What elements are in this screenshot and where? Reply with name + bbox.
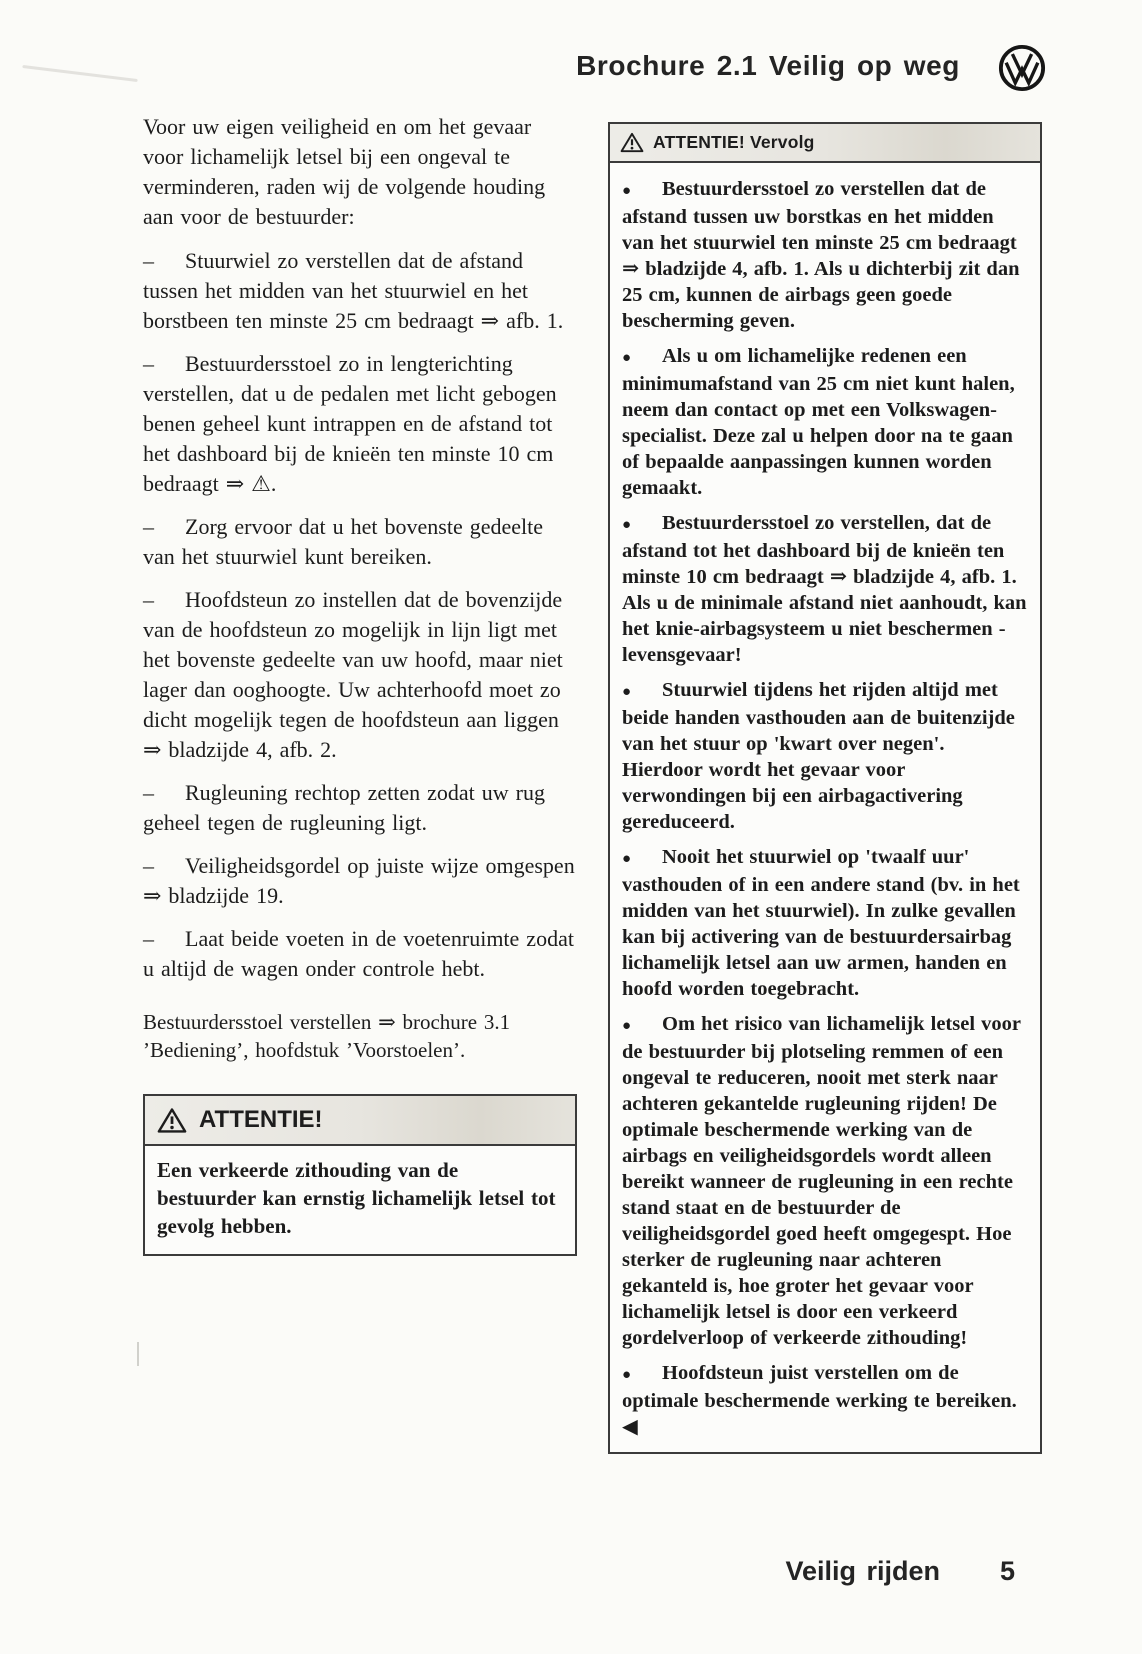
instruction-text: Hoofdsteun zo instellen dat de bovenzijd… bbox=[143, 587, 563, 762]
dash-marker: – bbox=[143, 924, 185, 954]
instruction-item: –Rugleuning rechtop zetten zodat uw rug … bbox=[143, 778, 577, 838]
page-title: Brochure 2.1 Veilig op weg bbox=[576, 50, 960, 82]
instruction-item: –Bestuurdersstoel zo in lengterichting v… bbox=[143, 349, 577, 499]
instruction-item: –Hoofdsteun zo instellen dat de bovenzij… bbox=[143, 585, 577, 765]
instruction-item: –Laat beide voeten in de voetenruimte zo… bbox=[143, 924, 577, 984]
bullet-marker: ● bbox=[622, 679, 662, 705]
instruction-text: Rugleuning rechtop zetten zodat uw rug g… bbox=[143, 780, 545, 835]
warning-bullet-text: Stuurwiel tijdens het rijden altijd met … bbox=[622, 679, 1015, 833]
warning-bullet-item: ●Om het risico van lichamelijk letsel vo… bbox=[622, 1011, 1028, 1351]
warning-triangle-icon bbox=[157, 1107, 187, 1134]
warning-bullet-list: ●Bestuurdersstoel zo verstellen dat de a… bbox=[610, 163, 1040, 1452]
bullet-marker: ● bbox=[622, 512, 662, 538]
warning-bullet-item: ●Bestuurdersstoel zo verstellen dat de a… bbox=[622, 176, 1028, 334]
instruction-text: Laat beide voeten in de voetenruimte zod… bbox=[143, 926, 574, 981]
instruction-text: Bestuurdersstoel zo in lengterichting ve… bbox=[143, 351, 557, 496]
bullet-marker: ● bbox=[622, 1013, 662, 1039]
warning-bullet-item: ●Nooit het stuurwiel op 'twaalf uur' vas… bbox=[622, 844, 1028, 1002]
left-column: Voor uw eigen veiligheid en om het gevaa… bbox=[143, 112, 577, 1256]
instruction-item: –Veiligheidsgordel op juiste wijze omges… bbox=[143, 851, 577, 911]
footer-section-title: Veilig rijden bbox=[785, 1556, 940, 1587]
dash-marker: – bbox=[143, 851, 185, 881]
instruction-item: –Zorg ervoor dat u het bovenste gedeelte… bbox=[143, 512, 577, 572]
warning-bullet-text: Als u om lichamelijke redenen een minimu… bbox=[622, 345, 1015, 499]
dash-marker: – bbox=[143, 778, 185, 808]
warning-box-header: ATTENTIE! bbox=[145, 1096, 575, 1146]
dash-marker: – bbox=[143, 246, 185, 276]
warning-bullet-item: ●Als u om lichamelijke redenen een minim… bbox=[622, 343, 1028, 501]
warning-box-body: Een verkeerde zithouding van de bestuurd… bbox=[145, 1146, 575, 1254]
manual-page: { "header": { "title": "Brochure 2.1 Vei… bbox=[0, 0, 1142, 1654]
warning-bullet-text: Bestuurdersstoel zo verstellen, dat de a… bbox=[622, 512, 1027, 666]
vw-logo-icon bbox=[998, 44, 1046, 92]
scan-artifact-smudge bbox=[22, 65, 138, 82]
instruction-text: Veiligheidsgordel op juiste wijze omgesp… bbox=[143, 853, 575, 908]
bullet-marker: ● bbox=[622, 1362, 662, 1388]
page-number: 5 bbox=[1000, 1556, 1015, 1587]
bullet-marker: ● bbox=[622, 846, 662, 872]
dash-marker: – bbox=[143, 349, 185, 379]
warning-triangle-icon bbox=[620, 132, 644, 153]
instruction-item: –Stuurwiel zo verstellen dat de afstand … bbox=[143, 246, 577, 336]
warning-box: ATTENTIE! Een verkeerde zithouding van d… bbox=[143, 1094, 577, 1256]
warning-box-continued-title: ATTENTIE! Vervolg bbox=[653, 132, 815, 153]
warning-bullet-item: ●Bestuurdersstoel zo verstellen, dat de … bbox=[622, 510, 1028, 668]
dash-marker: – bbox=[143, 512, 185, 542]
warning-box-continued: ATTENTIE! Vervolg ●Bestuurdersstoel zo v… bbox=[608, 122, 1042, 1454]
instruction-list: –Stuurwiel zo verstellen dat de afstand … bbox=[143, 246, 577, 984]
instruction-text: Stuurwiel zo verstellen dat de afstand t… bbox=[143, 248, 563, 333]
warning-bullet-item: ●Hoofdsteun juist verstellen om de optim… bbox=[622, 1360, 1028, 1440]
warning-bullet-text: Nooit het stuurwiel op 'twaalf uur' vast… bbox=[622, 846, 1020, 1000]
right-column: ATTENTIE! Vervolg ●Bestuurdersstoel zo v… bbox=[608, 122, 1042, 1454]
bullet-marker: ● bbox=[622, 178, 662, 204]
dash-marker: – bbox=[143, 585, 185, 615]
bullet-marker: ● bbox=[622, 345, 662, 371]
cross-reference-note: Bestuurdersstoel verstellen ⇒ brochure 3… bbox=[143, 1008, 577, 1064]
warning-bullet-item: ●Stuurwiel tijdens het rijden altijd met… bbox=[622, 677, 1028, 835]
warning-bullet-text: Hoofdsteun juist verstellen om de optima… bbox=[622, 1362, 1017, 1438]
warning-bullet-text: Bestuurdersstoel zo verstellen dat de af… bbox=[622, 178, 1020, 332]
scan-artifact-tick bbox=[137, 1342, 139, 1366]
intro-paragraph: Voor uw eigen veiligheid en om het gevaa… bbox=[143, 112, 577, 232]
warning-box-title: ATTENTIE! bbox=[199, 1105, 323, 1135]
warning-bullet-text: Om het risico van lichamelijk letsel voo… bbox=[622, 1013, 1021, 1349]
warning-box-continued-header: ATTENTIE! Vervolg bbox=[610, 124, 1040, 163]
instruction-text: Zorg ervoor dat u het bovenste gedeelte … bbox=[143, 514, 543, 569]
